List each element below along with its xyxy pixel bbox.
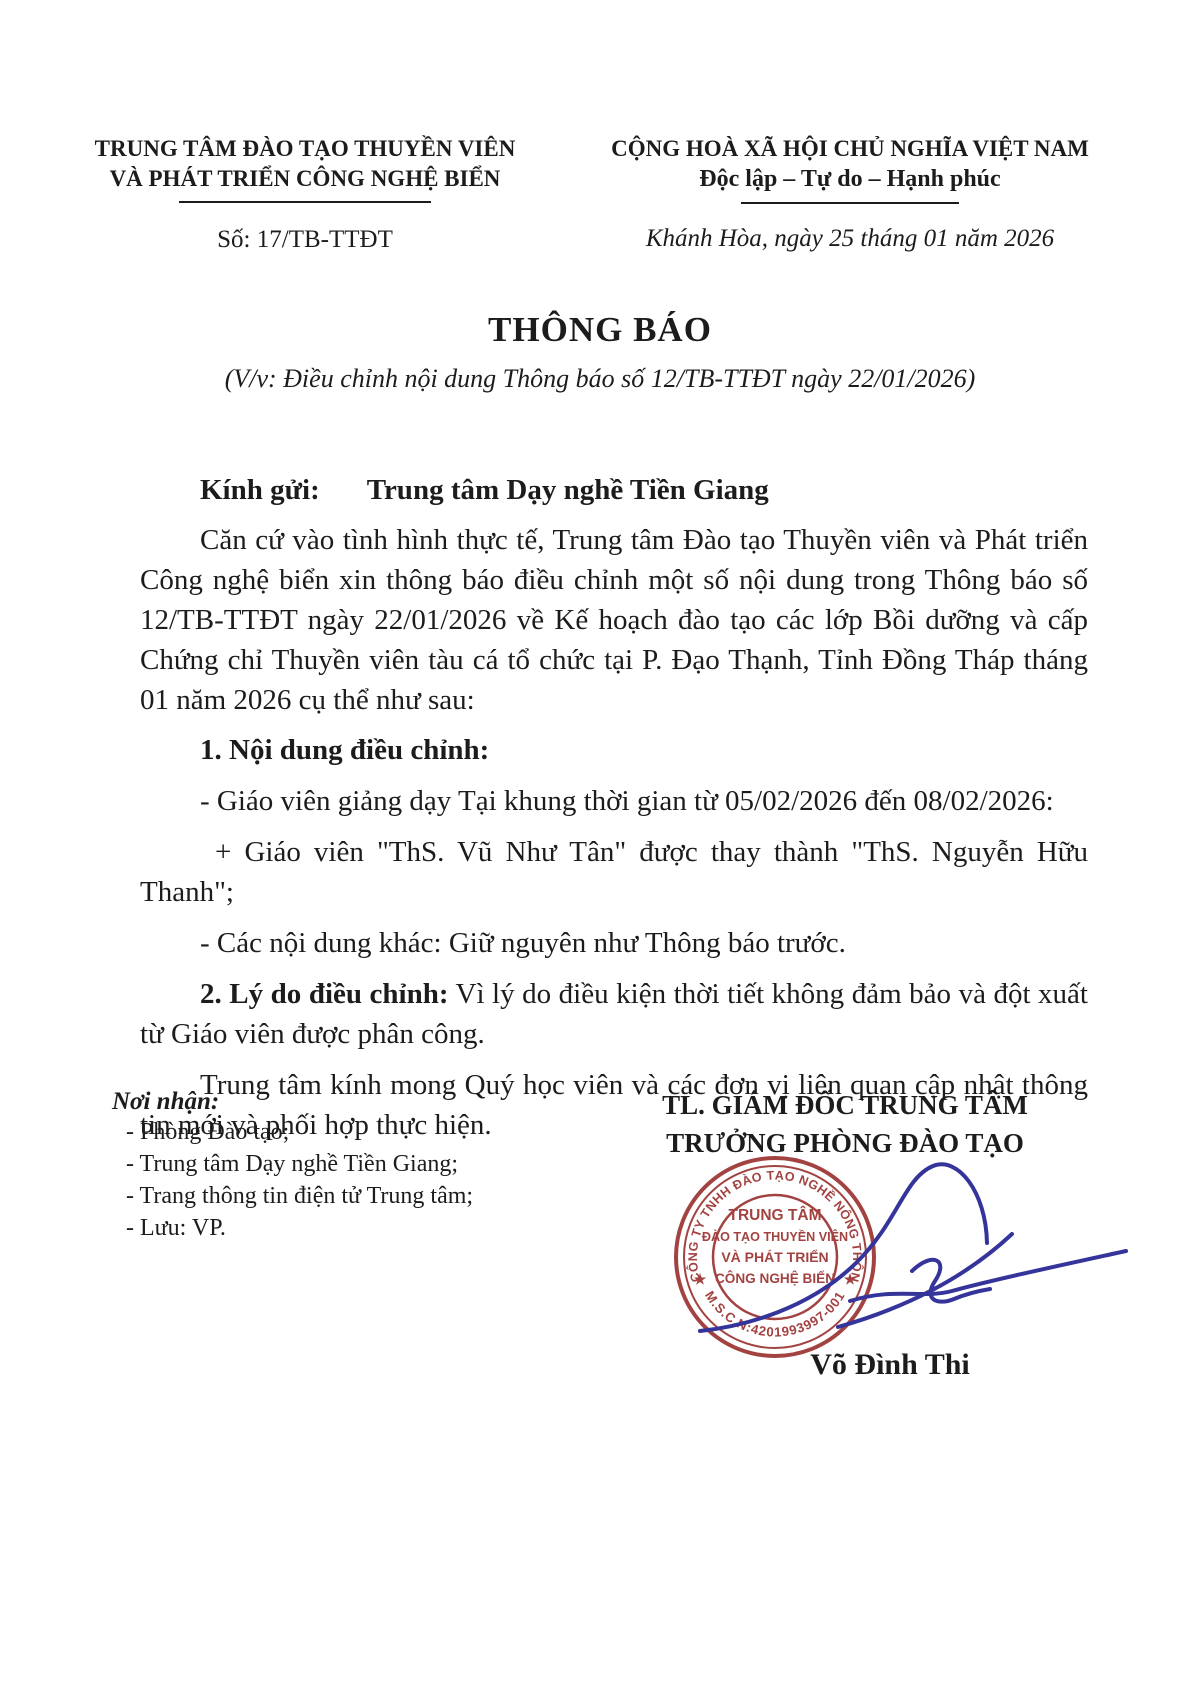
- org-name-line2: VÀ PHÁT TRIỂN CÔNG NGHỆ BIỂN: [60, 164, 550, 194]
- issuing-org-block: TRUNG TÂM ĐÀO TẠO THUYỀN VIÊN VÀ PHÁT TR…: [60, 134, 550, 254]
- motto-underline: [741, 202, 959, 204]
- salutation-recipient: Trung tâm Dạy nghề Tiền Giang: [367, 474, 769, 506]
- recipient-item: - Trung tâm Dạy nghề Tiền Giang;: [126, 1148, 542, 1180]
- section1-heading: 1. Nội dung điều chỉnh:: [140, 730, 1088, 770]
- recipient-item: - Trang thông tin điện tử Trung tâm;: [126, 1180, 542, 1212]
- paragraph-intro: Căn cứ vào tình hình thực tế, Trung tâm …: [140, 520, 1088, 720]
- national-motto: Độc lập – Tự do – Hạnh phúc: [580, 164, 1120, 195]
- document-title: THÔNG BÁO: [0, 310, 1200, 350]
- national-title: CỘNG HOÀ XÃ HỘI CHỦ NGHĨA VIỆT NAM: [580, 134, 1120, 164]
- document-subject: (V/v: Điều chỉnh nội dung Thông báo số 1…: [0, 364, 1200, 394]
- adjustment-item-teacher-replacement: + Giáo viên "ThS. Vũ Như Tân" được thay …: [140, 832, 1088, 912]
- recipients-label: Nơi nhận:: [112, 1088, 542, 1116]
- adjustment-item-other: - Các nội dung khác: Giữ nguyên như Thôn…: [140, 923, 1088, 963]
- org-name-line1: TRUNG TÂM ĐÀO TẠO THUYỀN VIÊN: [60, 134, 550, 164]
- national-header-block: CỘNG HOÀ XÃ HỘI CHỦ NGHĨA VIỆT NAM Độc l…: [580, 134, 1120, 254]
- section2-heading: 2. Lý do điều chỉnh:: [200, 978, 449, 1010]
- place-dateline: Khánh Hòa, ngày 25 tháng 01 năm 2026: [580, 225, 1120, 253]
- adjustment-item-teacher-schedule: - Giáo viên giảng dạy Tại khung thời gia…: [140, 781, 1088, 821]
- signature-ink: [690, 1150, 1130, 1350]
- salutation-label: Kính gửi:: [200, 474, 320, 506]
- signer-name: Võ Đình Thi: [690, 1348, 1090, 1382]
- section2-paragraph: 2. Lý do điều chỉnh: Vì lý do điều kiện …: [140, 974, 1088, 1054]
- salutation-line: Kính gửi:Trung tâm Dạy nghề Tiền Giang: [200, 470, 1088, 510]
- recipient-item: - Phòng Đào tạo;: [126, 1116, 542, 1148]
- recipient-item: - Lưu: VP.: [126, 1212, 542, 1244]
- document-header: TRUNG TÂM ĐÀO TẠO THUYỀN VIÊN VÀ PHÁT TR…: [0, 0, 1200, 254]
- document-number: Số: 17/TB-TTĐT: [60, 226, 550, 254]
- signature-stroke: [700, 1164, 987, 1331]
- org-underline: [179, 201, 431, 203]
- recipients-block: Nơi nhận: - Phòng Đào tạo; - Trung tâm D…: [112, 1088, 542, 1244]
- title-block: THÔNG BÁO (V/v: Điều chỉnh nội dung Thôn…: [0, 310, 1200, 394]
- document-body: Kính gửi:Trung tâm Dạy nghề Tiền Giang C…: [140, 470, 1088, 1145]
- signature-title-line1: TL. GIÁM ĐỐC TRUNG TÂM: [620, 1086, 1070, 1124]
- document-page: TRUNG TÂM ĐÀO TẠO THUYỀN VIÊN VÀ PHÁT TR…: [0, 0, 1200, 1696]
- signature-stroke: [850, 1251, 1126, 1301]
